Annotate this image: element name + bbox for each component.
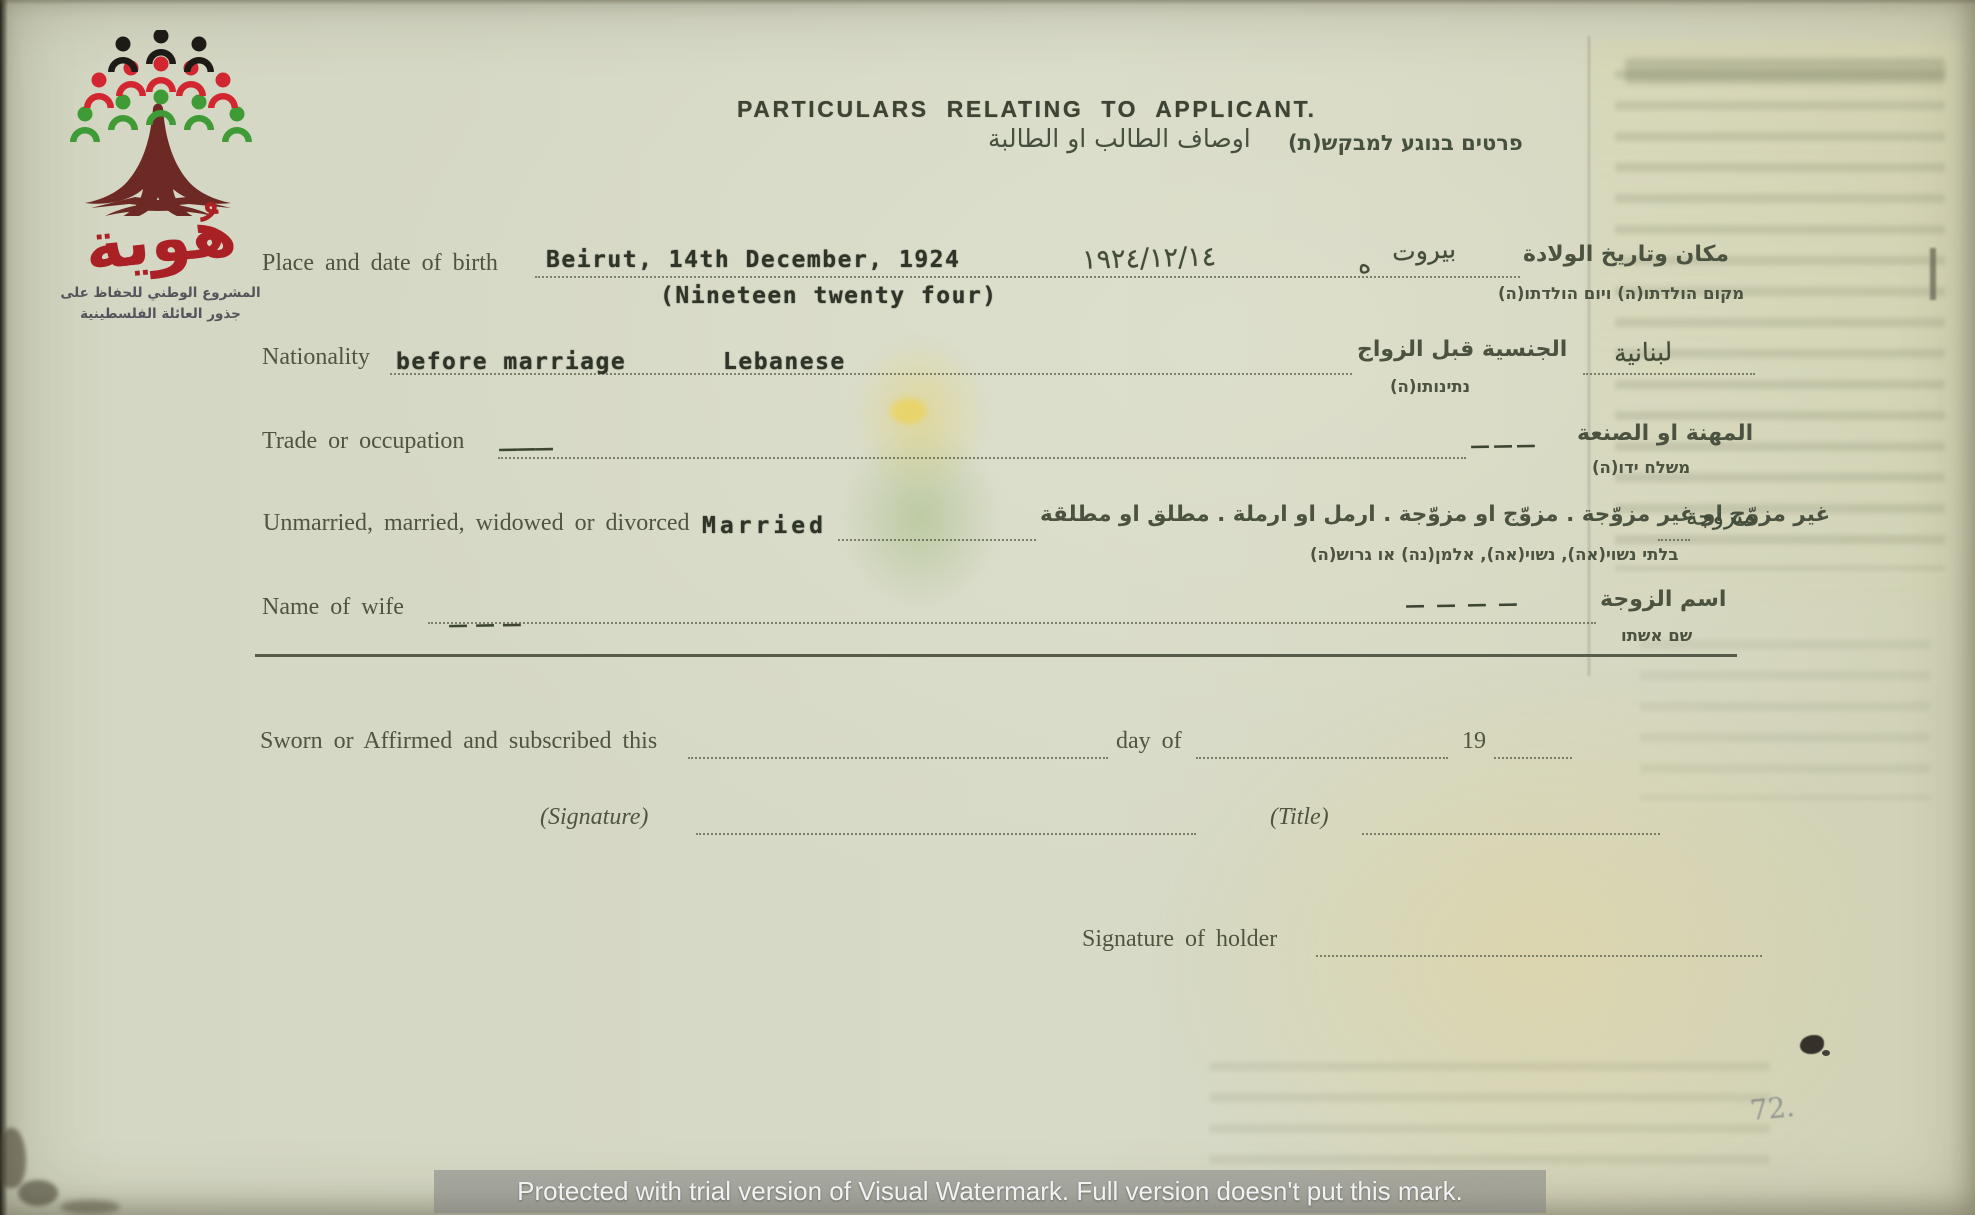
dotted-line <box>688 757 1108 759</box>
label-birth-hebrew: מקום הולדתו(ה) ויום הולדתו(ה) <box>1498 284 1744 303</box>
label-trade-hebrew: משלח ידו(ה) <box>1592 458 1690 477</box>
label-trade-arabic: المهنة او الصنعة <box>1577 421 1753 446</box>
label-wife-arabic: اسم الزوجة <box>1600 587 1726 612</box>
form-subtitle-hebrew: פרטים בנוגע למבקש(ת) <box>1288 131 1523 155</box>
label-trade-occupation: Trade or occupation <box>262 428 464 455</box>
dotted-line <box>535 276 1520 278</box>
label-nationality-arabic: الجنسية قبل الزواج <box>1357 337 1567 362</box>
paper-tear-mark <box>60 1200 120 1214</box>
handwritten-birth-date-arabic: ١٩٢٤/١٢/١٤ <box>1082 241 1217 276</box>
label-nationality-hebrew: נתינותו(ה) <box>1390 377 1470 396</box>
handwritten-marital-arabic: متزوجة <box>1686 503 1756 531</box>
handwritten-trade-dashes: — — — <box>1470 432 1534 457</box>
huwiyya-logo: هُوية المشروع الوطني للحفاظ على جذور الع… <box>58 30 263 360</box>
scan-edge-top <box>0 0 1975 5</box>
stamp-bleedthrough-highlight <box>890 398 926 424</box>
label-year-19: 19 <box>1462 728 1486 755</box>
trial-watermark-text: Protected with trial version of Visual W… <box>517 1176 1463 1207</box>
label-nationality: Nationality <box>262 344 370 371</box>
faint-pencil-note: 72. <box>1748 1090 1796 1127</box>
handwritten-mark: ه <box>1358 250 1372 279</box>
label-marital-hebrew: בלתי נשוי(אה), נשוי(אה), אלמן(נה) או גרו… <box>1310 545 1678 564</box>
form-title: PARTICULARS RELATING TO APPLICANT. <box>737 96 1317 123</box>
handwritten-wife-dashes-right: — — — — <box>1405 591 1520 617</box>
edge-mark <box>1930 248 1936 300</box>
logo-tagline-line2: جذور العائلة الفلسطينية <box>58 304 263 324</box>
label-sworn-affirmed: Sworn or Affirmed and subscribed this <box>260 728 657 755</box>
paper-tear-mark <box>18 1180 58 1206</box>
label-day-of: day of <box>1116 728 1182 755</box>
dotted-line <box>1494 757 1572 759</box>
dotted-line <box>1658 539 1690 541</box>
form-subtitle-arabic: اوصاف الطالب او الطالبة <box>988 124 1251 153</box>
bleedthrough-text-right <box>1615 70 1945 570</box>
dotted-line <box>838 539 1036 541</box>
logo-tagline: المشروع الوطني للحفاظ على جذور العائلة ا… <box>58 283 263 324</box>
handwritten-nationality-arabic: لبنانية <box>1614 337 1673 368</box>
logo-calligraphy: هُوية <box>55 199 265 279</box>
huwiyya-logo-tree-icon <box>61 30 261 216</box>
paper-tear-mark <box>0 1128 26 1188</box>
label-place-date-of-birth: Place and date of birth <box>262 250 498 277</box>
dotted-line <box>1196 757 1448 759</box>
ink-blot <box>1822 1050 1830 1056</box>
typed-birth-value-line2: (Nineteen twenty four) <box>660 283 998 309</box>
typed-trade-dashes: ——— <box>498 436 552 461</box>
dotted-line <box>1583 373 1755 375</box>
dotted-line <box>1316 955 1762 957</box>
label-signature: (Signature) <box>540 804 648 831</box>
paper-crease <box>1588 36 1590 676</box>
scan-edge-left <box>0 0 8 1215</box>
label-wife-hebrew: שם אשתו <box>1621 626 1692 645</box>
label-title: (Title) <box>1270 804 1329 831</box>
dotted-line <box>1362 833 1660 835</box>
scanned-document-page: 72. <box>0 0 1975 1215</box>
bleedthrough-text-bottom <box>1210 1062 1770 1167</box>
stamp-bleedthrough <box>818 330 1023 630</box>
label-marital-status: Unmarried, married, widowed or divorced <box>263 510 690 537</box>
typed-marital-value: Married <box>702 513 827 539</box>
handwritten-birth-place-arabic: بيروت <box>1391 234 1456 266</box>
typed-birth-value: Beirut, 14th December, 1924 <box>546 247 960 273</box>
label-signature-of-holder: Signature of holder <box>1082 926 1277 953</box>
dotted-line <box>428 622 1596 624</box>
handwritten-wife-dashes-left: — — — <box>448 611 522 636</box>
dotted-line <box>498 457 1466 459</box>
dotted-line <box>696 833 1196 835</box>
label-birth-arabic: مكان وتاريخ الولادة <box>1523 242 1729 267</box>
typed-nationality-value: Lebanese <box>723 349 846 375</box>
label-name-of-wife: Name of wife <box>262 594 404 621</box>
trial-watermark-banner: Protected with trial version of Visual W… <box>434 1170 1546 1213</box>
horizontal-rule <box>255 654 1737 657</box>
bleedthrough-heading-right <box>1625 58 1945 84</box>
typed-before-marriage: before marriage <box>396 349 626 375</box>
bleedthrough-text-right-lower <box>1640 640 1930 800</box>
logo-tagline-line1: المشروع الوطني للحفاظ على <box>58 283 263 303</box>
